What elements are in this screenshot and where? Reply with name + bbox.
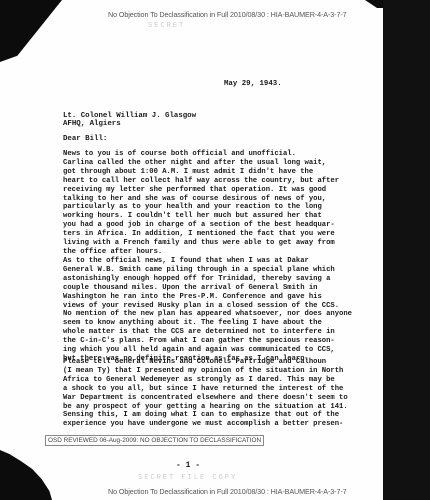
- paragraph-2: As to the official news, I found that wh…: [63, 257, 383, 364]
- text-line: be any prospect of your getting a hearin…: [63, 403, 383, 412]
- recipient-name: Lt. Colonel William J. Glasgow: [63, 112, 196, 120]
- declassification-stamp-bottom: No Objection To Declassification in Full…: [108, 487, 347, 496]
- text-line: you had a good job in charge of a sectio…: [63, 221, 383, 230]
- text-line: News to you is of course both official a…: [63, 150, 383, 159]
- text-line: Africa to General Wedemeyer as strongly …: [63, 376, 383, 385]
- scan-edge-right: [383, 0, 430, 500]
- text-line: No mention of the new plan has appeared …: [63, 310, 383, 319]
- text-line: ing which you all held again and again w…: [63, 346, 383, 355]
- text-line: Sensing this, I am doing what I can to e…: [63, 411, 383, 420]
- text-line: (I mean Ty) that I presented my opinion …: [63, 367, 383, 376]
- text-line: receiving my letter she performed that o…: [63, 186, 383, 195]
- text-line: a shock to you all, but since I have ret…: [63, 385, 383, 394]
- text-line: Please tell General Nevins and Colonels …: [63, 358, 383, 367]
- osd-review-stamp: OSD REVIEWED 06-Aug-2009: NO OBJECTION T…: [45, 435, 264, 446]
- declassification-stamp-top: No Objection To Declassification in Full…: [108, 10, 347, 19]
- faded-classification-marking-top: SECRET: [148, 22, 185, 30]
- text-line: astonishingly enough hopped off for Trin…: [63, 275, 383, 284]
- salutation: Dear Bill:: [63, 135, 107, 143]
- recipient-location: AFHQ, Algiers: [63, 120, 121, 128]
- text-line: particularly as to your health and your …: [63, 203, 383, 212]
- page-number: - 1 -: [176, 461, 200, 470]
- text-line: heart to call her collect half way acros…: [63, 177, 383, 186]
- text-line: got through about 1:00 A.M. I must admit…: [63, 168, 383, 177]
- scan-edge-top-right: [365, 0, 385, 8]
- text-line: the office after hours.: [63, 248, 383, 257]
- text-line: the C-in-C's plans. From what I can gath…: [63, 337, 383, 346]
- faded-classification-marking-bottom: SECRET FILE COPY: [138, 474, 237, 482]
- letter-date: May 29, 1943.: [224, 80, 282, 88]
- text-line: As to the official news, I found that wh…: [63, 257, 383, 266]
- scan-edge-bottom-left: [0, 450, 52, 500]
- paragraph-1: News to you is of course both official a…: [63, 150, 383, 257]
- text-line: views of your revised Husky plan in a cl…: [63, 302, 383, 311]
- text-line: Carlina called the other night and after…: [63, 159, 383, 168]
- paragraph-3: Please tell General Nevins and Colonels …: [63, 358, 383, 429]
- text-line: couple thousand miles. Upon the arrival …: [63, 284, 383, 293]
- scan-edge-top-left: [0, 0, 62, 62]
- text-line: living with a French family and thus wer…: [63, 239, 383, 248]
- text-line: War Department is concentrated elsewhere…: [63, 394, 383, 403]
- document-page: No Objection To Declassification in Full…: [0, 0, 430, 500]
- text-line: talking to her and she was of course des…: [63, 195, 383, 204]
- text-line: whole matter is that the CCS are determi…: [63, 328, 383, 337]
- text-line: ters in Africa. In addition, I mentioned…: [63, 230, 383, 239]
- text-line: Washington he ran into the Pres-P.M. Con…: [63, 293, 383, 302]
- text-line: working hours. I couldn't tell her much …: [63, 212, 383, 221]
- text-line: experience you have undergone we must ac…: [63, 420, 383, 429]
- text-line: General W.B. Smith came piling through i…: [63, 266, 383, 275]
- text-line: seem to know anything about it. The feel…: [63, 319, 383, 328]
